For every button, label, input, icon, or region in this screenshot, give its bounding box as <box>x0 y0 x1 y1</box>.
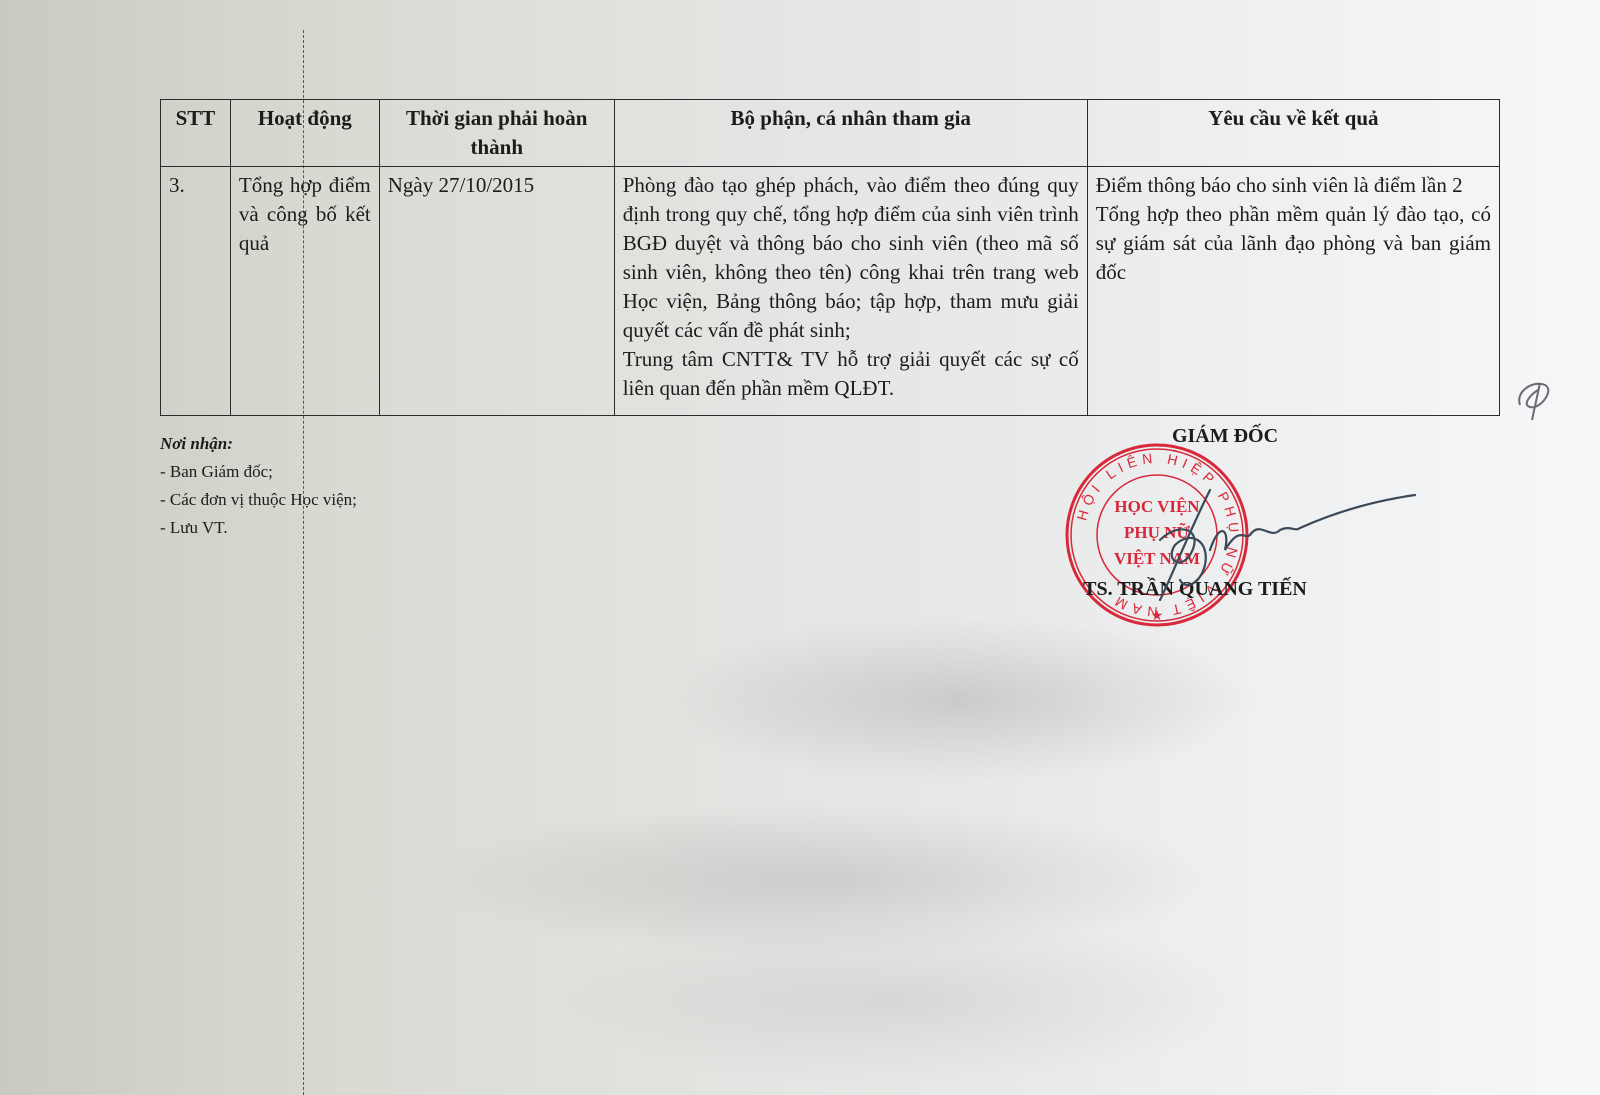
cell-activity: Tổng hợp điểm và công bố kết quả <box>230 167 379 416</box>
header-participants: Bộ phận, cá nhân tham gia <box>614 100 1087 167</box>
cell-participants: Phòng đào tạo ghép phách, vào điểm theo … <box>614 167 1087 416</box>
cell-deadline: Ngày 27/10/2015 <box>379 167 614 416</box>
header-deadline: Thời gian phải hoàn thành <box>379 100 614 167</box>
signer-role: GIÁM ĐỐC <box>1110 425 1340 448</box>
svg-text:★: ★ <box>1151 609 1164 624</box>
table-header-row: STT Hoạt động Thời gian phải hoàn thành … <box>161 100 1500 167</box>
header-requirements: Yêu cầu về kết quả <box>1087 100 1499 167</box>
cell-stt: 3. <box>161 167 231 416</box>
recipient-item: - Lưu VT. <box>160 514 357 542</box>
cell-requirements: Điểm thông báo cho sinh viên là điểm lần… <box>1087 167 1499 416</box>
requirements-line: Tổng hợp theo phần mềm quản lý đào tạo, … <box>1096 200 1491 287</box>
table-row: 3. Tổng hợp điểm và công bố kết quả Ngày… <box>161 167 1500 416</box>
recipient-item: - Ban Giám đốc; <box>160 458 357 486</box>
recipient-item: - Các đơn vị thuộc Học viện; <box>160 486 357 514</box>
participants-line: Trung tâm CNTT& TV hỗ trợ giải quyết các… <box>623 345 1079 403</box>
header-activity: Hoạt động <box>230 100 379 167</box>
recipients-title: Nơi nhận: <box>160 430 357 458</box>
header-stt: STT <box>161 100 231 167</box>
initial-mark-icon <box>1510 375 1560 425</box>
recipients-block: Nơi nhận: - Ban Giám đốc; - Các đơn vị t… <box>160 430 357 542</box>
participants-line: Phòng đào tạo ghép phách, vào điểm theo … <box>623 171 1079 345</box>
requirements-line: Điểm thông báo cho sinh viên là điểm lần… <box>1096 171 1491 200</box>
handwritten-signature-icon <box>1150 470 1420 610</box>
activity-table: STT Hoạt động Thời gian phải hoàn thành … <box>160 99 1500 416</box>
